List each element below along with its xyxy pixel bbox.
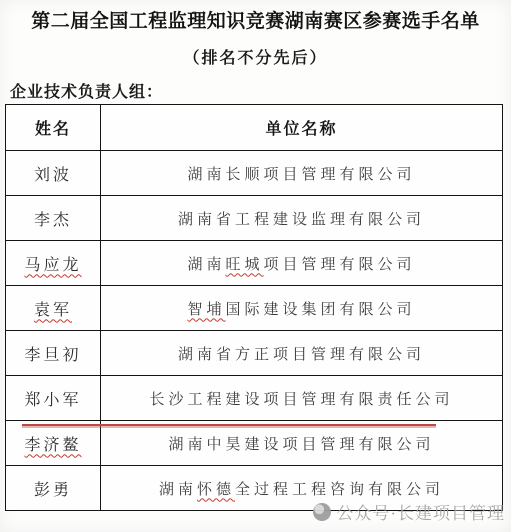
roster-table: 姓名 单位名称 刘波 湖南长顺项目管理有限公司 李杰 湖南省工程建设监理有限公司… <box>5 104 503 511</box>
table-row: 刘波 湖南长顺项目管理有限公司 <box>6 151 503 196</box>
spellcheck-wavy-text: 李济鳌 <box>24 437 81 454</box>
spellcheck-wavy-text: 袁军 <box>34 302 72 319</box>
table-row: 李济鳌 湖南中昊建设项目管理有限公司 <box>6 421 503 466</box>
name-cell: 马应龙 <box>6 241 101 286</box>
company-cell: 湖南长顺项目管理有限公司 <box>101 151 503 196</box>
page-subtitle: （排名不分先后） <box>0 45 511 68</box>
name-cell: 郑小军 <box>6 376 101 421</box>
spellcheck-wavy-text: 智埔 <box>187 302 225 318</box>
watermark: 公众号·长建项目管理 <box>313 499 505 524</box>
cell-text: 项目管理有限公司 <box>264 257 416 273</box>
company-cell: 湖南省工程建设监理有限公司 <box>101 196 503 241</box>
section-label: 企业技术负责人组： <box>10 79 163 102</box>
header-company: 单位名称 <box>101 105 503 151</box>
cell-text: 湖南长顺项目管理有限公司 <box>187 167 415 183</box>
company-cell: 湖南旺城项目管理有限公司 <box>101 241 503 286</box>
name-cell: 李旦初 <box>6 331 101 376</box>
company-cell: 智埔国际建设集团有限公司 <box>101 286 503 331</box>
table-header-row: 姓名 单位名称 <box>6 105 503 151</box>
table-row: 马应龙 湖南旺城项目管理有限公司 <box>6 241 503 286</box>
cell-text: 湖南 <box>187 257 225 273</box>
watermark-text: 公众号·长建项目管理 <box>336 499 505 524</box>
cell-text: 国际建设集团有限公司 <box>226 302 416 318</box>
cell-text: 湖南省方正项目管理有限公司 <box>178 347 425 363</box>
table-row: 袁军 智埔国际建设集团有限公司 <box>6 286 503 331</box>
company-cell: 湖南省方正项目管理有限公司 <box>101 331 503 376</box>
company-cell: 湖南中昊建设项目管理有限公司 <box>101 421 503 466</box>
table-row: 李旦初 湖南省方正项目管理有限公司 <box>6 331 503 376</box>
company-cell: 长沙工程建设项目管理有限责任公司 <box>101 376 503 421</box>
cell-text: 彭勇 <box>34 482 72 499</box>
name-cell: 刘波 <box>6 151 101 196</box>
cell-text: 郑小军 <box>24 392 81 409</box>
name-cell: 李济鳌 <box>6 421 101 466</box>
cell-text: 李杰 <box>34 212 72 229</box>
cell-text: 李旦初 <box>24 347 81 364</box>
name-cell: 袁军 <box>6 286 101 331</box>
header-name: 姓名 <box>6 105 101 151</box>
official-account-logo-icon <box>313 503 331 521</box>
spellcheck-wavy-text: 马应龙 <box>24 257 81 274</box>
name-cell: 彭勇 <box>6 466 101 511</box>
page-title: 第二届全国工程监理知识竞赛湖南赛区参赛选手名单 <box>0 6 511 33</box>
table-body: 刘波 湖南长顺项目管理有限公司 李杰 湖南省工程建设监理有限公司 马应龙 湖南旺… <box>6 151 503 511</box>
cell-text: 刘波 <box>34 167 72 184</box>
cell-text: 全过程工程咨询有限公司 <box>235 482 444 498</box>
table-row: 李杰 湖南省工程建设监理有限公司 <box>6 196 503 241</box>
table-row: 郑小军 长沙工程建设项目管理有限责任公司 <box>6 376 503 421</box>
cell-text: 湖南省工程建设监理有限公司 <box>178 212 425 228</box>
cell-text: 长沙工程建设项目管理有限责任公司 <box>149 392 453 408</box>
spellcheck-wavy-text: 怀德 <box>197 482 235 498</box>
cell-text: 湖南中昊建设项目管理有限公司 <box>168 437 434 453</box>
cell-text: 湖南 <box>159 482 197 498</box>
document-page: 第二届全国工程监理知识竞赛湖南赛区参赛选手名单 （排名不分先后） 企业技术负责人… <box>0 0 511 532</box>
spellcheck-wavy-text: 旺城 <box>225 257 263 273</box>
name-cell: 李杰 <box>6 196 101 241</box>
